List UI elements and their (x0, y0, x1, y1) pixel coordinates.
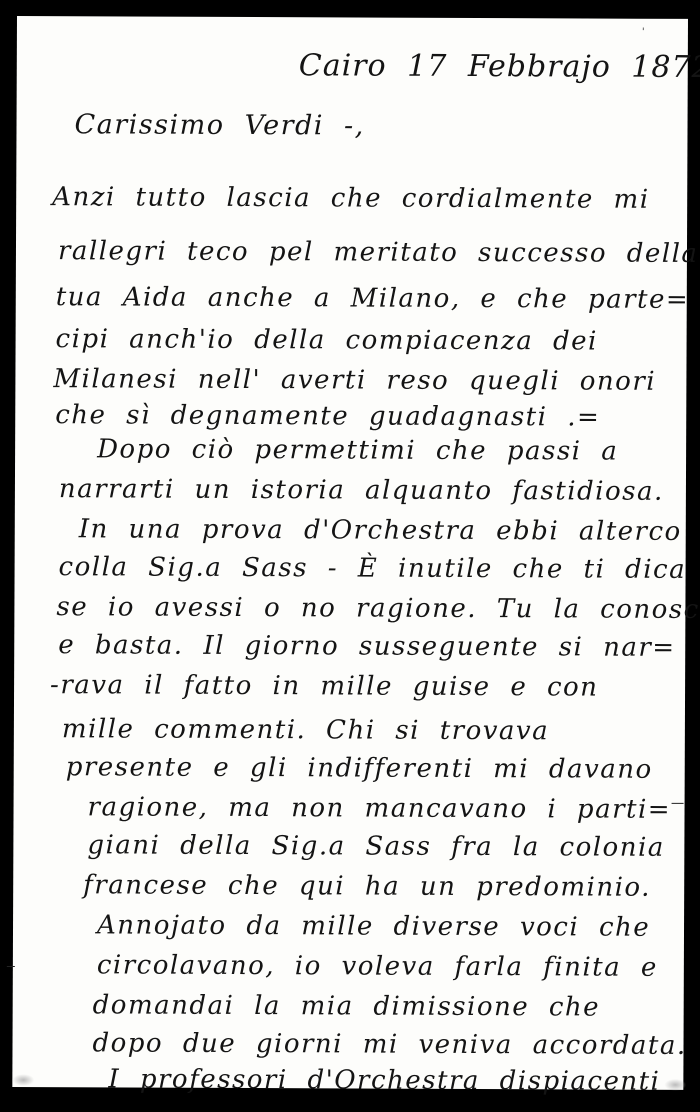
letter-line: narrarti un istoria alquanto fastidiosa. (59, 476, 664, 505)
margin-mark (7, 966, 15, 967)
letter-line: che sì degnamente guadagnasti .= (55, 402, 600, 430)
letter-line: mille commenti. Chi si trovava (62, 716, 549, 744)
letter-line: Dopo ciò permettimi che passi a (97, 436, 618, 464)
letter-line: domandai la mia dimissione che (93, 992, 601, 1020)
letter-line: tua Aida anche a Milano, e che parte= (56, 284, 690, 313)
letter-line: Anzi tutto lascia che cordialmente mi (52, 184, 649, 213)
letter-line: ragione, ma non mancavano i parti= (87, 794, 671, 823)
letter-page: Cairo 17 Febbrajo 1872 ' Carissimo Verdi… (12, 16, 688, 1090)
letter-line: giani della Sig.a Sass fra la colonia (87, 832, 665, 861)
letter-line: -rava il fatto in mille guise e con (50, 672, 598, 700)
place-date-heading: Cairo 17 Febbrajo 1872 (299, 51, 700, 83)
letter-line: Annojato da mille diverse voci che (97, 912, 650, 940)
letter-line: Milanesi nell' averti reso quegli onori (53, 366, 656, 395)
letter-line: e basta. Il giorno susseguente si nar= (58, 632, 675, 661)
letter-line: In una prova d'Orchestra ebbi alterco (79, 516, 682, 545)
letter-line: se io avessi o no ragione. Tu la conosci (56, 594, 700, 623)
letter-line: circolavano, io voleva farla finita e (97, 952, 658, 980)
letter-line: cipi anch'io della compiacenza dei (56, 326, 598, 354)
corner-smudge (664, 1079, 686, 1091)
letter-line: I professori d'Orchestra dispiacenti (108, 1066, 660, 1094)
letter-line: colla Sig.a Sass - È inutile che ti dica (59, 554, 687, 583)
letter-line: presente e gli indifferenti mi davano (66, 754, 653, 783)
salutation: Carissimo Verdi -, (74, 111, 364, 139)
letter-line: dopo due giorni mi veniva accordata. (92, 1030, 686, 1059)
folio-mark: ' (642, 27, 645, 38)
letter-line: francese che qui ha un predominio. (83, 872, 651, 900)
corner-smudge (12, 1074, 34, 1086)
margin-mark (672, 803, 684, 804)
letter-line: rallegri teco pel meritato successo dell… (58, 238, 699, 267)
